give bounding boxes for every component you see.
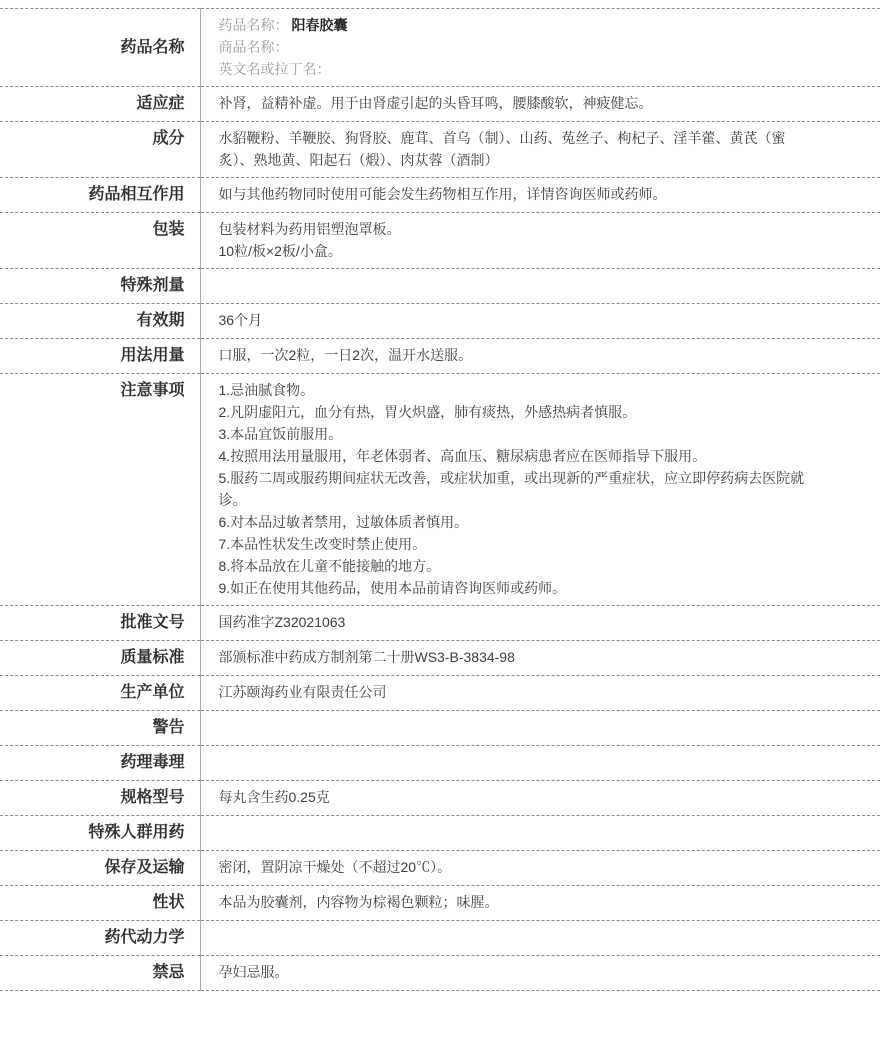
row-label-cell: 批准文号 xyxy=(0,606,200,641)
value-line: 药品名称：阳春胶囊 xyxy=(219,14,806,36)
field-prefix: 药品名称： xyxy=(219,17,289,33)
row-label-cell: 保存及运输 xyxy=(0,851,200,886)
table-row: 性状本品为胶囊剂，内容物为棕褐色颗粒；味腥。 xyxy=(0,886,880,921)
table-row: 包装包装材料为药用铝塑泡罩板。10粒/板×2板/小盒。 xyxy=(0,213,880,269)
row-label-cell: 规格型号 xyxy=(0,781,200,816)
row-value-cell: 每丸含生药0.25克 xyxy=(200,781,880,816)
value-line: 补肾，益精补虚。用于由肾虚引起的头昏耳鸣，腰膝酸软，神疲健忘。 xyxy=(219,92,806,114)
row-label-cell: 特殊人群用药 xyxy=(0,816,200,851)
drug-table-body: 药品名称药品名称：阳春胶囊商品名称：英文名或拉丁名：适应症补肾，益精补虚。用于由… xyxy=(0,9,880,991)
row-label-cell: 包装 xyxy=(0,213,200,269)
row-value-cell: 部颁标准中药成方制剂第二十册WS3-B-3834-98 xyxy=(200,641,880,676)
value-line: 8.将本品放在儿童不能接触的地方。 xyxy=(219,555,806,577)
value-line: 2.凡阴虚阳亢，血分有热，胃火炽盛，肺有痰热，外感热病者慎服。 xyxy=(219,401,806,423)
table-row: 药代动力学 xyxy=(0,921,880,956)
row-label-cell: 禁忌 xyxy=(0,956,200,991)
value-line: 36个月 xyxy=(219,309,806,331)
row-label-cell: 药品名称 xyxy=(0,9,200,87)
row-value-cell: 本品为胶囊剂，内容物为棕褐色颗粒；味腥。 xyxy=(200,886,880,921)
row-label-cell: 注意事项 xyxy=(0,374,200,606)
drug-info-page: 药品名称药品名称：阳春胶囊商品名称：英文名或拉丁名：适应症补肾，益精补虚。用于由… xyxy=(0,0,880,1050)
row-label-cell: 药理毒理 xyxy=(0,746,200,781)
row-value-cell: 1.忌油腻食物。2.凡阴虚阳亢，血分有热，胃火炽盛，肺有痰热，外感热病者慎服。3… xyxy=(200,374,880,606)
row-value-cell: 如与其他药物同时使用可能会发生药物相互作用，详情咨询医师或药师。 xyxy=(200,178,880,213)
row-value-cell xyxy=(200,921,880,956)
value-line: 6.对本品过敏者禁用，过敏体质者慎用。 xyxy=(219,511,806,533)
row-value-cell: 补肾，益精补虚。用于由肾虚引起的头昏耳鸣，腰膝酸软，神疲健忘。 xyxy=(200,87,880,122)
value-line: 10粒/板×2板/小盒。 xyxy=(219,240,806,262)
value-line: 每丸含生药0.25克 xyxy=(219,786,806,808)
value-line: 5.服药二周或服药期间症状无改善，或症状加重，或出现新的严重症状，应立即停药病去… xyxy=(219,467,806,511)
row-label-cell: 特殊剂量 xyxy=(0,269,200,304)
drug-info-table: 药品名称药品名称：阳春胶囊商品名称：英文名或拉丁名：适应症补肾，益精补虚。用于由… xyxy=(0,8,880,991)
row-value-cell: 包装材料为药用铝塑泡罩板。10粒/板×2板/小盒。 xyxy=(200,213,880,269)
row-value-cell: 水貂鞭粉、羊鞭胶、狗肾胶、鹿茸、首乌（制）、山药、菟丝子、枸杞子、淫羊藿、黄芪（… xyxy=(200,122,880,178)
row-label-cell: 警告 xyxy=(0,711,200,746)
value-line: 水貂鞭粉、羊鞭胶、狗肾胶、鹿茸、首乌（制）、山药、菟丝子、枸杞子、淫羊藿、黄芪（… xyxy=(219,127,806,171)
field-prefix: 商品名称： xyxy=(219,39,289,55)
row-value-cell: 江苏颐海药业有限责任公司 xyxy=(200,676,880,711)
value-line: 密闭，置阴凉干燥处（不超过20℃）。 xyxy=(219,856,806,878)
value-line: 国药准字Z32021063 xyxy=(219,611,806,633)
table-row: 保存及运输密闭，置阴凉干燥处（不超过20℃）。 xyxy=(0,851,880,886)
row-value-cell xyxy=(200,816,880,851)
table-row: 生产单位江苏颐海药业有限责任公司 xyxy=(0,676,880,711)
field-prefix: 英文名或拉丁名： xyxy=(219,61,331,77)
table-row: 警告 xyxy=(0,711,880,746)
row-value-cell: 药品名称：阳春胶囊商品名称：英文名或拉丁名： xyxy=(200,9,880,87)
table-row: 药品名称药品名称：阳春胶囊商品名称：英文名或拉丁名： xyxy=(0,9,880,87)
table-row: 禁忌孕妇忌服。 xyxy=(0,956,880,991)
value-line: 英文名或拉丁名： xyxy=(219,58,806,80)
value-line: 部颁标准中药成方制剂第二十册WS3-B-3834-98 xyxy=(219,646,806,668)
row-value-cell: 密闭，置阴凉干燥处（不超过20℃）。 xyxy=(200,851,880,886)
row-value-cell xyxy=(200,711,880,746)
value-line: 7.本品性状发生改变时禁止使用。 xyxy=(219,533,806,555)
drug-name-value: 阳春胶囊 xyxy=(292,17,348,33)
row-label-cell: 药代动力学 xyxy=(0,921,200,956)
table-row: 适应症补肾，益精补虚。用于由肾虚引起的头昏耳鸣，腰膝酸软，神疲健忘。 xyxy=(0,87,880,122)
value-line: 1.忌油腻食物。 xyxy=(219,379,806,401)
table-row: 药理毒理 xyxy=(0,746,880,781)
table-row: 有效期36个月 xyxy=(0,304,880,339)
row-value-cell: 国药准字Z32021063 xyxy=(200,606,880,641)
row-value-cell xyxy=(200,746,880,781)
table-row: 批准文号国药准字Z32021063 xyxy=(0,606,880,641)
row-value-cell: 36个月 xyxy=(200,304,880,339)
value-line: 本品为胶囊剂，内容物为棕褐色颗粒；味腥。 xyxy=(219,891,806,913)
table-row: 特殊人群用药 xyxy=(0,816,880,851)
value-line: 口服，一次2粒，一日2次，温开水送服。 xyxy=(219,344,806,366)
row-value-cell: 口服，一次2粒，一日2次，温开水送服。 xyxy=(200,339,880,374)
row-label-cell: 用法用量 xyxy=(0,339,200,374)
table-row: 质量标准部颁标准中药成方制剂第二十册WS3-B-3834-98 xyxy=(0,641,880,676)
row-value-cell: 孕妇忌服。 xyxy=(200,956,880,991)
value-line: 3.本品宜饭前服用。 xyxy=(219,423,806,445)
table-row: 规格型号每丸含生药0.25克 xyxy=(0,781,880,816)
row-label-cell: 生产单位 xyxy=(0,676,200,711)
value-line: 包装材料为药用铝塑泡罩板。 xyxy=(219,218,806,240)
value-line: 9.如正在使用其他药品，使用本品前请咨询医师或药师。 xyxy=(219,577,806,599)
table-row: 成分水貂鞭粉、羊鞭胶、狗肾胶、鹿茸、首乌（制）、山药、菟丝子、枸杞子、淫羊藿、黄… xyxy=(0,122,880,178)
value-line: 江苏颐海药业有限责任公司 xyxy=(219,681,806,703)
row-label-cell: 有效期 xyxy=(0,304,200,339)
row-label-cell: 药品相互作用 xyxy=(0,178,200,213)
value-line: 商品名称： xyxy=(219,36,806,58)
row-label-cell: 性状 xyxy=(0,886,200,921)
value-line: 4.按照用法用量服用，年老体弱者、高血压、糖尿病患者应在医师指导下服用。 xyxy=(219,445,806,467)
row-label-cell: 成分 xyxy=(0,122,200,178)
value-line: 孕妇忌服。 xyxy=(219,961,806,983)
row-value-cell xyxy=(200,269,880,304)
table-row: 特殊剂量 xyxy=(0,269,880,304)
value-line: 如与其他药物同时使用可能会发生药物相互作用，详情咨询医师或药师。 xyxy=(219,183,806,205)
row-label-cell: 适应症 xyxy=(0,87,200,122)
table-row: 用法用量口服，一次2粒，一日2次，温开水送服。 xyxy=(0,339,880,374)
table-row: 注意事项1.忌油腻食物。2.凡阴虚阳亢，血分有热，胃火炽盛，肺有痰热，外感热病者… xyxy=(0,374,880,606)
table-row: 药品相互作用如与其他药物同时使用可能会发生药物相互作用，详情咨询医师或药师。 xyxy=(0,178,880,213)
row-label-cell: 质量标准 xyxy=(0,641,200,676)
